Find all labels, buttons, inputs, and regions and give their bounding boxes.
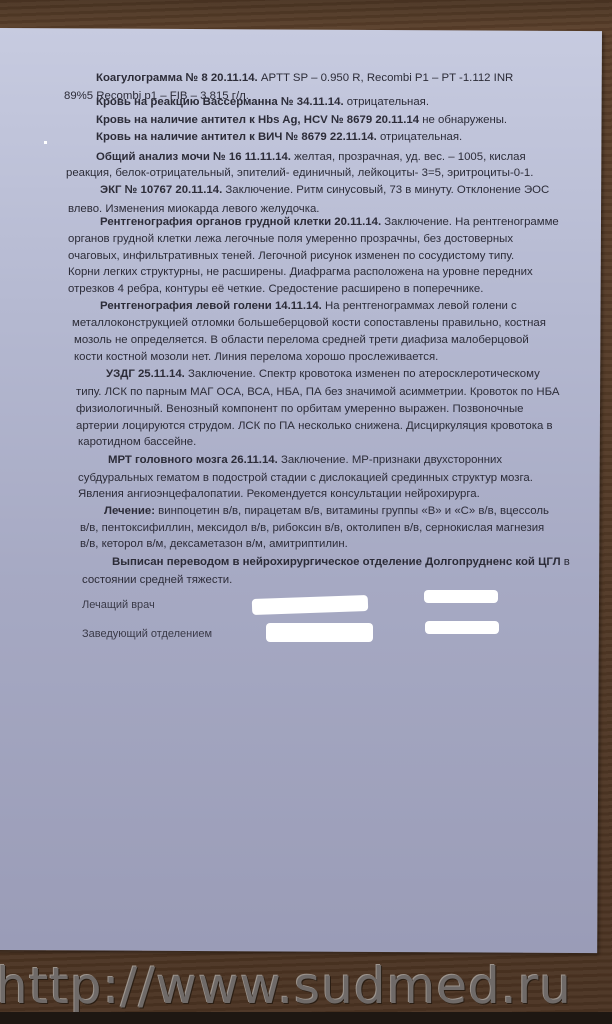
- doc-line: в/в, пентоксифиллин, мексидол в/в, рибок…: [80, 520, 544, 536]
- line-text: очаговых, инфильтративных теней. Легочно…: [68, 250, 514, 262]
- line-heading: Рентгенография органов грудной клетки 20…: [100, 216, 381, 228]
- line-text: каротидном бассейне.: [78, 436, 196, 448]
- doc-line-treatment: Лечение: винпоцетин в/в, пирацетам в/в, …: [104, 503, 549, 519]
- doc-line: физиологичный. Венозный компонент по орб…: [76, 401, 523, 417]
- doc-line-wassermann: Кровь на реакцию Вассерманна № 34.11.14.…: [96, 94, 429, 110]
- redacted-name-head: [425, 621, 499, 634]
- line-text: кости костной мозоли нет. Линия перелома…: [74, 351, 438, 363]
- line-heading: Выписан переводом в нейрохирургическое о…: [112, 556, 561, 568]
- line-text: винпоцетин в/в, пирацетам в/в, витамины …: [155, 505, 549, 517]
- doc-line: кости костной мозоли нет. Линия перелома…: [74, 349, 438, 365]
- line-text: состоянии средней тяжести.: [82, 574, 232, 586]
- line-text: артерии лоцируются струдом. ЛСК по ПА не…: [76, 420, 553, 432]
- doc-line-hbs-hcv: Кровь на наличие антител к Hbs Ag, HCV №…: [96, 112, 507, 128]
- doc-line: мозоль не определяется. В области перело…: [74, 332, 529, 348]
- doc-line: отрезков 4 ребра, контуры её четкие. Сре…: [68, 281, 483, 297]
- paper-speck: [44, 141, 47, 144]
- doc-line-urinalysis: Общий анализ мочи № 16 11.11.14. желтая,…: [96, 149, 526, 165]
- line-text: На рентгенограммах левой голени с: [322, 300, 517, 312]
- line-text: в/в, пентоксифиллин, мексидол в/в, рибок…: [80, 522, 544, 534]
- line-text: субдуральных гематом в подострой стадии …: [78, 472, 533, 484]
- line-heading: Кровь на реакцию Вассерманна № 34.11.14.: [96, 96, 344, 108]
- line-text: не обнаружены.: [419, 114, 507, 126]
- line-text: Заключение. На рентгенограмме: [381, 216, 559, 228]
- doc-line: металлоконструкцией отломки большеберцов…: [72, 315, 546, 331]
- doc-line-mri: МРТ головного мозга 26.11.14. Заключение…: [108, 452, 502, 468]
- line-heading: УЗДГ 25.11.14.: [106, 368, 185, 380]
- doc-line-coagulogram: Коагулограмма № 8 20.11.14. APTT SP – 0.…: [96, 70, 513, 86]
- department-head-label: Заведующий отделением: [82, 626, 212, 642]
- line-heading: Общий анализ мочи № 16 11.11.14.: [96, 151, 291, 163]
- attending-physician-label: Лечащий врач: [82, 597, 155, 613]
- doc-line: артерии лоцируются струдом. ЛСК по ПА не…: [76, 418, 553, 434]
- line-heading: МРТ головного мозга 26.11.14.: [108, 454, 278, 466]
- doc-line: в/в, кеторол в/м, дексаметазон в/м, амит…: [80, 536, 348, 552]
- line-text: Заключение. Спектр кровотока изменен по …: [185, 368, 540, 380]
- line-heading: Лечение:: [104, 505, 155, 517]
- line-text: Заключение. Ритм синусовый, 73 в минуту.…: [222, 184, 549, 196]
- doc-line-hiv: Кровь на наличие антител к ВИЧ № 8679 22…: [96, 129, 462, 145]
- doc-line: субдуральных гематом в подострой стадии …: [78, 470, 533, 486]
- doc-line: Корни легких структурны, не расширены. Д…: [68, 264, 533, 280]
- line-text: физиологичный. Венозный компонент по орб…: [76, 403, 523, 415]
- redacted-signature-head: [266, 623, 373, 642]
- line-heading: Рентгенография левой голени 14.11.14.: [100, 300, 322, 312]
- doc-line: Явления ангиоэнцефалопатии. Рекомендуетс…: [78, 486, 480, 502]
- doc-line: реакция, белок-отрицательный, эпителий- …: [66, 165, 533, 181]
- line-text: отрицательная.: [377, 131, 462, 143]
- line-text: мозоль не определяется. В области перело…: [74, 334, 529, 346]
- doc-line-discharge: Выписан переводом в нейрохирургическое о…: [112, 554, 570, 570]
- line-text: Явления ангиоэнцефалопатии. Рекомендуетс…: [78, 488, 480, 500]
- line-text: APTT SP – 0.950 R, Recombi P1 – PT -1.11…: [258, 72, 514, 84]
- doc-line: каротидном бассейне.: [78, 434, 196, 450]
- line-text: металлоконструкцией отломки большеберцов…: [72, 317, 546, 329]
- doc-line-leg-xray: Рентгенография левой голени 14.11.14. На…: [100, 298, 517, 314]
- line-text: Корни легких структурны, не расширены. Д…: [68, 266, 533, 278]
- line-text: в: [561, 556, 570, 568]
- dark-bottom-edge: [0, 1012, 612, 1024]
- redacted-name-attending: [424, 590, 498, 603]
- line-text: органов грудной клетки лежа легочные пол…: [68, 233, 513, 245]
- doc-line: очаговых, инфильтративных теней. Легочно…: [68, 248, 514, 264]
- line-text: Заключение. МР-признаки двухсторонних: [278, 454, 502, 466]
- line-heading: Кровь на наличие антител к Hbs Ag, HCV №…: [96, 114, 419, 126]
- line-heading: Кровь на наличие антител к ВИЧ № 8679 22…: [96, 131, 377, 143]
- doc-line: состоянии средней тяжести.: [82, 572, 232, 588]
- website-watermark: http://www.sudmed.ru: [0, 960, 612, 1012]
- line-text: в/в, кеторол в/м, дексаметазон в/м, амит…: [80, 538, 348, 550]
- line-text: отрицательная.: [344, 96, 429, 108]
- line-text: отрезков 4 ребра, контуры её четкие. Сре…: [68, 283, 483, 295]
- doc-line-ecg: ЭКГ № 10767 20.11.14. Заключение. Ритм с…: [100, 182, 549, 198]
- doc-line: типу. ЛСК по парным МАГ ОСА, ВСА, НБА, П…: [76, 384, 559, 400]
- line-text: реакция, белок-отрицательный, эпителий- …: [66, 167, 533, 179]
- line-heading: ЭКГ № 10767 20.11.14.: [100, 184, 222, 196]
- doc-line-chest-xray: Рентгенография органов грудной клетки 20…: [100, 214, 559, 230]
- line-heading: Коагулограмма № 8 20.11.14.: [96, 72, 258, 84]
- doc-line: органов грудной клетки лежа легочные пол…: [68, 231, 513, 247]
- doc-line-doppler: УЗДГ 25.11.14. Заключение. Спектр кровот…: [106, 366, 540, 382]
- line-text: желтая, прозрачная, уд. вес. – 1005, кис…: [291, 151, 526, 163]
- line-text: типу. ЛСК по парным МАГ ОСА, ВСА, НБА, П…: [76, 386, 559, 398]
